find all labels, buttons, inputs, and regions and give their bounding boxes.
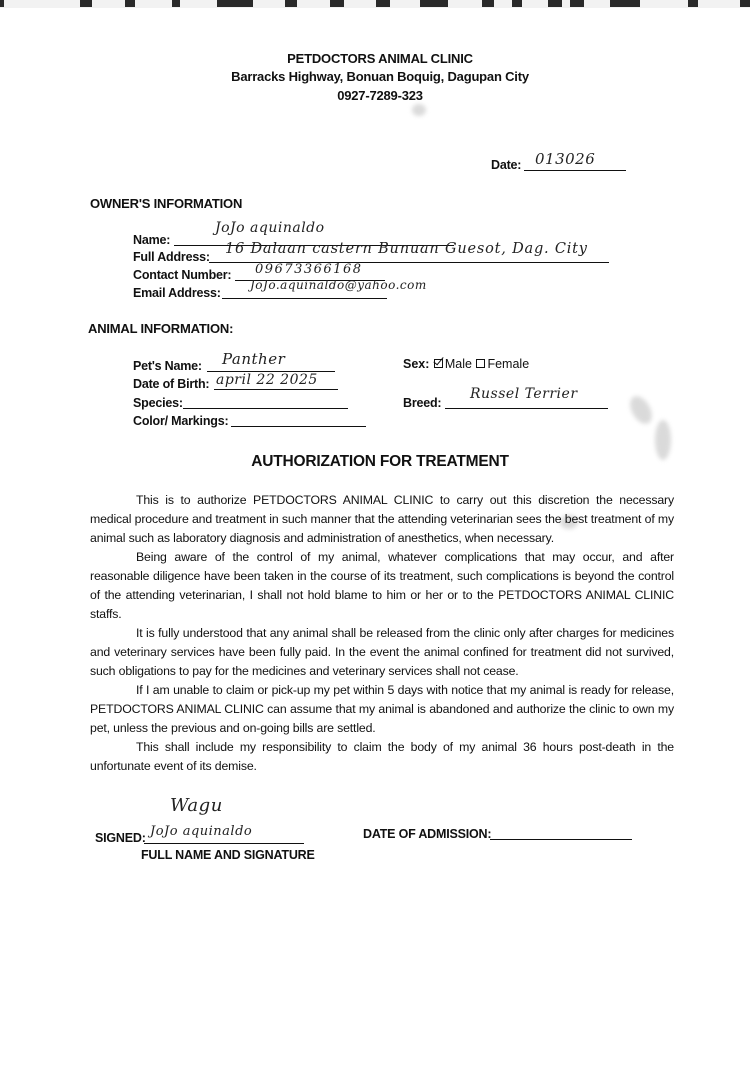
signed-label: SIGNED: [95,831,146,845]
owner-contact-label: Contact Number: [133,268,231,282]
date-label: Date: [491,158,521,172]
scan-smudge [412,104,426,116]
sex-male-checkbox[interactable] [434,359,443,368]
scan-edge-artifact [0,0,750,8]
sex-male-label: Male [445,357,472,371]
owner-email-field[interactable] [222,298,387,299]
signed-name-value: JoJo aquinaldo [150,824,252,839]
sex-group: Sex: Male Female [403,357,529,371]
authorization-body: This is to authorize PETDOCTORS ANIMAL C… [90,491,674,776]
animal-section-title: ANIMAL INFORMATION: [88,321,233,336]
dob-value: april 22 2025 [216,372,318,388]
signature-field[interactable] [144,843,304,844]
breed-field[interactable] [445,408,608,409]
authorization-paragraph: It is fully understood that any animal s… [90,624,674,681]
sex-label: Sex: [403,357,429,371]
clinic-address: Barracks Highway, Bonuan Boquig, Dagupan… [0,69,750,84]
signature-mark: Wagu [170,795,223,816]
owner-name-value: JoJo aquinaldo [215,220,325,236]
owner-section-title: OWNER'S INFORMATION [90,196,242,211]
color-markings-field[interactable] [231,426,366,427]
color-markings-label: Color/ Markings: [133,414,228,428]
pet-name-label: Pet's Name: [133,359,202,373]
date-value: 013026 [535,150,595,168]
species-field[interactable] [183,408,348,409]
owner-address-label: Full Address: [133,250,210,264]
owner-email-label: Email Address: [133,286,221,300]
sex-female-label: Female [487,357,529,371]
signature-caption: FULL NAME AND SIGNATURE [141,848,315,862]
date-field[interactable] [524,170,626,171]
admission-date-field[interactable] [490,839,632,840]
owner-email-value: JoJo.aquinaldo@yahoo.com [250,278,427,292]
scan-smudge [626,393,657,428]
clinic-name: PETDOCTORS ANIMAL CLINIC [0,51,750,66]
breed-value: Russel Terrier [470,386,578,402]
dob-field[interactable] [214,389,338,390]
pet-name-value: Panther [222,350,285,368]
species-label: Species: [133,396,183,410]
breed-label: Breed: [403,396,441,410]
authorization-paragraph: If I am unable to claim or pick-up my pe… [90,681,674,738]
admission-date-label: DATE OF ADMISSION: [363,827,491,841]
authorization-paragraph: This is to authorize PETDOCTORS ANIMAL C… [90,491,674,548]
clinic-phone: 0927-7289-323 [0,88,750,103]
authorization-title: AUTHORIZATION FOR TREATMENT [0,453,750,471]
dob-label: Date of Birth: [133,377,209,391]
authorization-paragraph: This shall include my responsibility to … [90,738,674,776]
sex-female-checkbox[interactable] [476,359,485,368]
owner-address-value: 16 Dalaan castern Bunuan Guesot, Dag. Ci… [225,241,588,257]
owner-contact-value: 09673366168 [255,262,362,277]
authorization-paragraph: Being aware of the control of my animal,… [90,548,674,624]
owner-name-label: Name: [133,233,170,247]
